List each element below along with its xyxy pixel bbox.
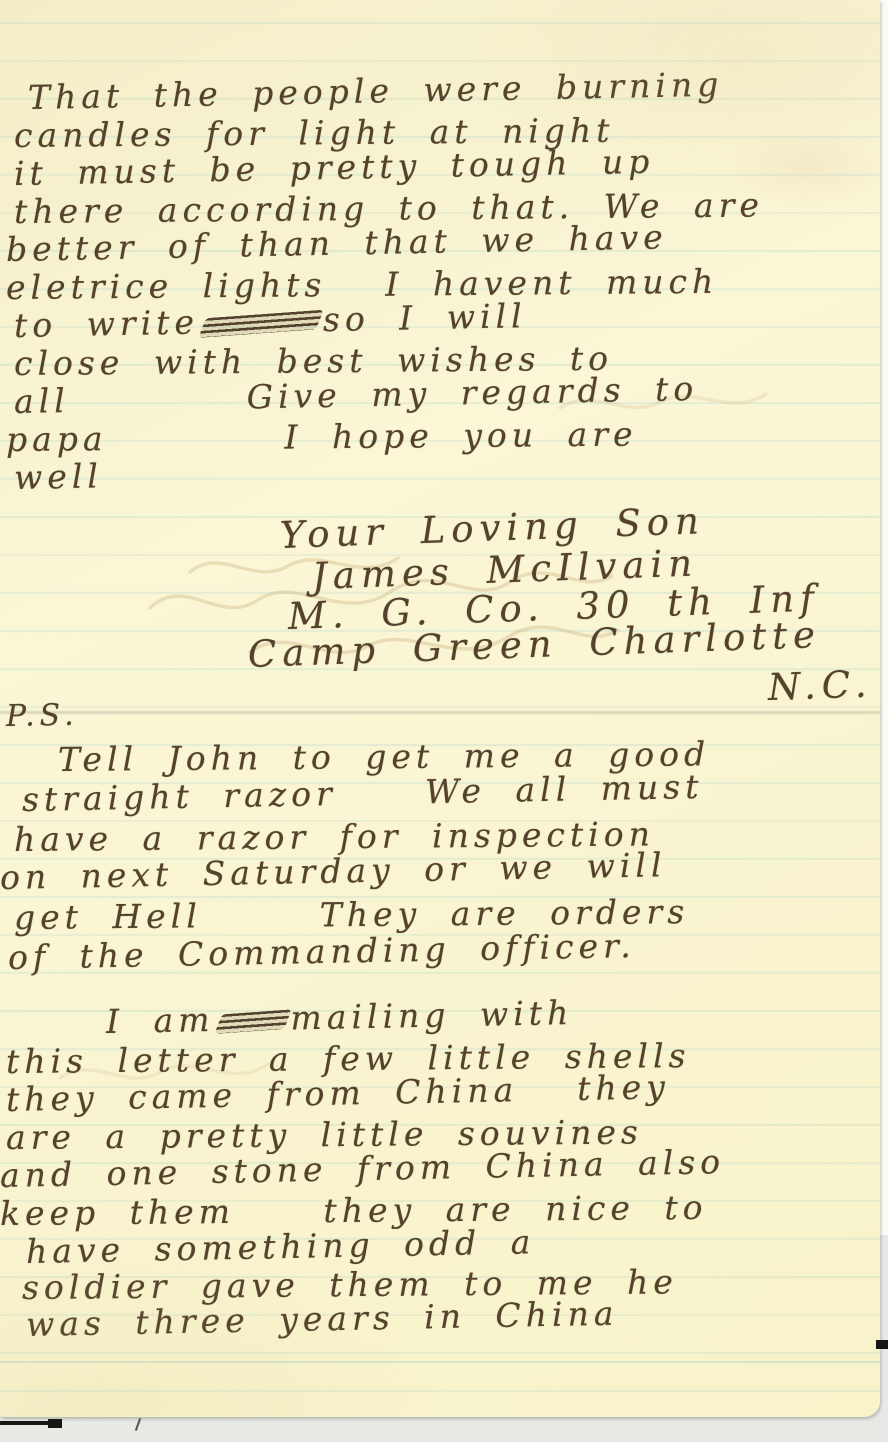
scanned-letter: That the people were burningcandles for … (0, 0, 888, 1442)
closing-body-line: well (14, 456, 104, 498)
handwritten-text: so I will (323, 296, 527, 339)
signature-line: N.C. (767, 664, 873, 708)
scribbled-out-word (198, 310, 323, 338)
handwritten-text: P.S. (6, 698, 79, 734)
scan-artifact-bottom-square (48, 1419, 62, 1428)
postscript-line: P.S. (6, 696, 79, 737)
handwritten-text: to write (14, 302, 200, 345)
closing-body-line: That the people were burning (28, 65, 724, 118)
scan-artifact-bottom-tick (135, 1418, 141, 1431)
paper-crease (0, 711, 880, 714)
handwritten-text: mailing with (290, 993, 574, 1037)
scan-artifact-bottom-streak (0, 1421, 52, 1425)
handwritten-text: papa I hope you are (6, 414, 638, 459)
scribbled-out-word (214, 1009, 291, 1034)
ruled-line-strong (0, 1361, 880, 1363)
handwritten-text: N.C. (767, 662, 873, 709)
handwritten-text: well (14, 456, 104, 497)
handwritten-text: That the people were burning (28, 65, 724, 117)
scan-artifact-right-edge (876, 1340, 888, 1349)
closing-body-line: to writeso I will (14, 296, 527, 346)
handwritten-text: I am (106, 1000, 215, 1041)
closing-body-line: papa I hope you are (6, 414, 638, 460)
letter-paper: That the people were burningcandles for … (0, 0, 880, 1417)
scanner-edge-strip (879, 0, 888, 1235)
ps-body-line: I ammailing with (106, 993, 574, 1042)
